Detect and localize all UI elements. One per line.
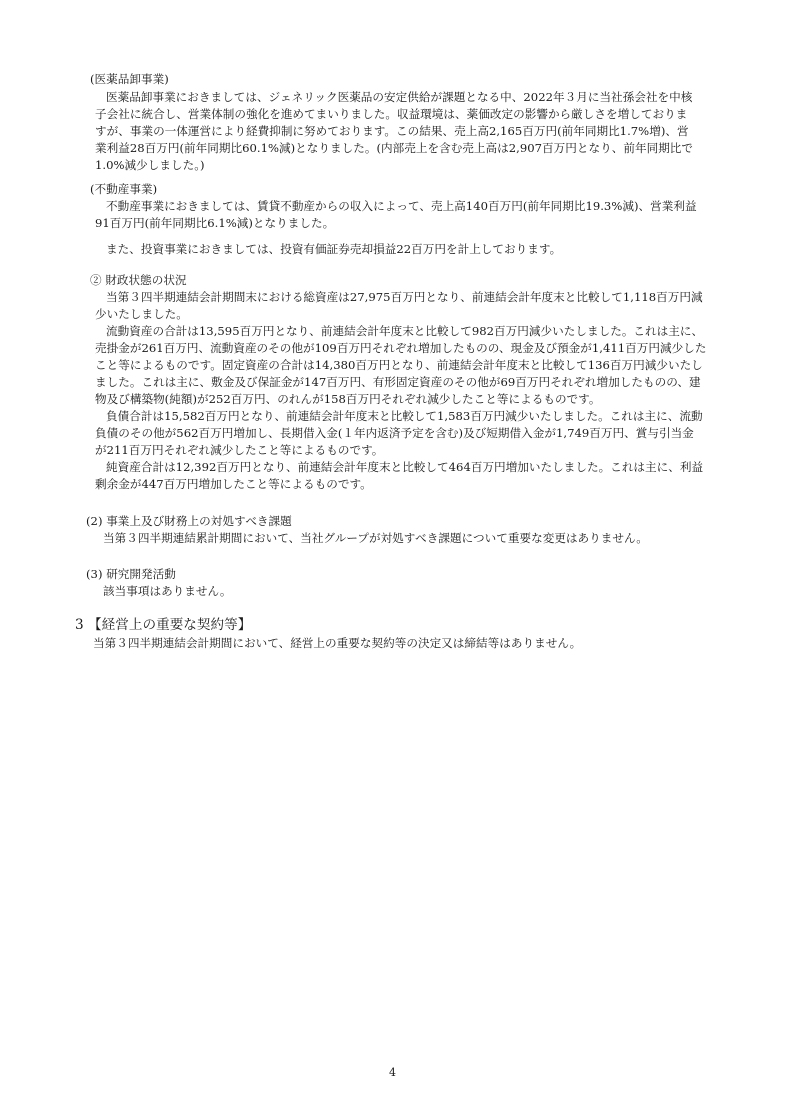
paragraph-line: 子会社に統合し、営業体制の強化を進めてまいりました。収益環境は、薬価改定の影響か… <box>95 106 687 123</box>
paragraph-line: 不動産事業におきましては、賃貸不動産からの収入によって、売上高140百万円(前年… <box>106 198 697 215</box>
paragraph-line: 当第３四半期連結会計期間において、経営上の重要な契約等の決定又は締結等はありませ… <box>93 635 581 652</box>
paragraph-line: 物及び構築物(純額)が252百万円、のれんが158百万円それぞれ減少したこと等に… <box>95 391 600 408</box>
paragraph-line: すが、事業の一体運営により経費抑制に努めております。この結果、売上高2,165百… <box>95 123 689 140</box>
paragraph-line: 当第３四半期連結累計期間において、当社グループが対処すべき課題について重要な変更… <box>103 530 648 547</box>
paragraph-line: 該当事項はありません。 <box>103 583 231 600</box>
paragraph-line: 少いたしました。 <box>95 306 188 323</box>
paragraph-line: 当第３四半期連結会計期間末における総資産は27,975百万円となり、前連結会計年… <box>106 289 703 306</box>
paragraph-line: 業利益28百万円(前年同期比60.1%減)となりました。(内部売上を含む売上高は… <box>95 140 693 157</box>
paragraph-line: 1.0%減少しました。) <box>95 157 205 174</box>
segment-heading-pharma: (医薬品卸事業) <box>90 71 169 88</box>
paragraph-line: 純資産合計は12,392百万円となり、前連結会計年度末と比較して464百万円増加… <box>106 459 703 476</box>
segment-heading-realestate: (不動産事業) <box>90 181 157 198</box>
paragraph-line: また、投資事業におきましては、投資有価証券売却損益22百万円を計上しております。 <box>106 241 561 258</box>
paragraph-line: 医薬品卸事業におきましては、ジェネリック医薬品の安定供給が課題となる中、2022… <box>106 89 692 106</box>
document-page: (医薬品卸事業) 医薬品卸事業におきましては、ジェネリック医薬品の安定供給が課題… <box>0 0 790 1118</box>
paragraph-line: 負債合計は15,582百万円となり、前連結会計年度末と比較して1,583百万円減… <box>106 408 703 425</box>
paragraph-line: ました。これは主に、敷金及び保証金が147百万円、有形固定資産のその他が69百万… <box>95 374 701 391</box>
paragraph-line: こと等によるものです。固定資産の合計は14,380百万円となり、前連結会計年度末… <box>95 357 703 374</box>
section-heading-financial-position: ② 財政状態の状況 <box>90 272 187 289</box>
paragraph-line: 91百万円(前年同期比6.1%減)となりました。 <box>95 215 334 232</box>
paragraph-line: が211百万円それぞれ減少したこと等によるものです。 <box>95 442 383 459</box>
section-heading-rnd: (3) 研究開発活動 <box>86 566 176 583</box>
paragraph-line: 売掛金が261百万円、流動資産のその他が109百万円それぞれ増加したものの、現金… <box>95 340 706 357</box>
paragraph-line: 流動資産の合計は13,595百万円となり、前連結会計年度末と比較して982百万円… <box>106 323 703 340</box>
page-number: 4 <box>389 1066 396 1079</box>
paragraph-line: 剰余金が447百万円増加したこと等によるものです。 <box>95 476 372 493</box>
section-heading-contracts: 3 【経営上の重要な契約等】 <box>75 617 251 634</box>
paragraph-line: 負債のその他が562百万円増加し、長期借入金(１年内返済予定を含む)及び短期借入… <box>95 425 694 442</box>
section-heading-issues: (2) 事業上及び財務上の対処すべき課題 <box>86 513 292 530</box>
